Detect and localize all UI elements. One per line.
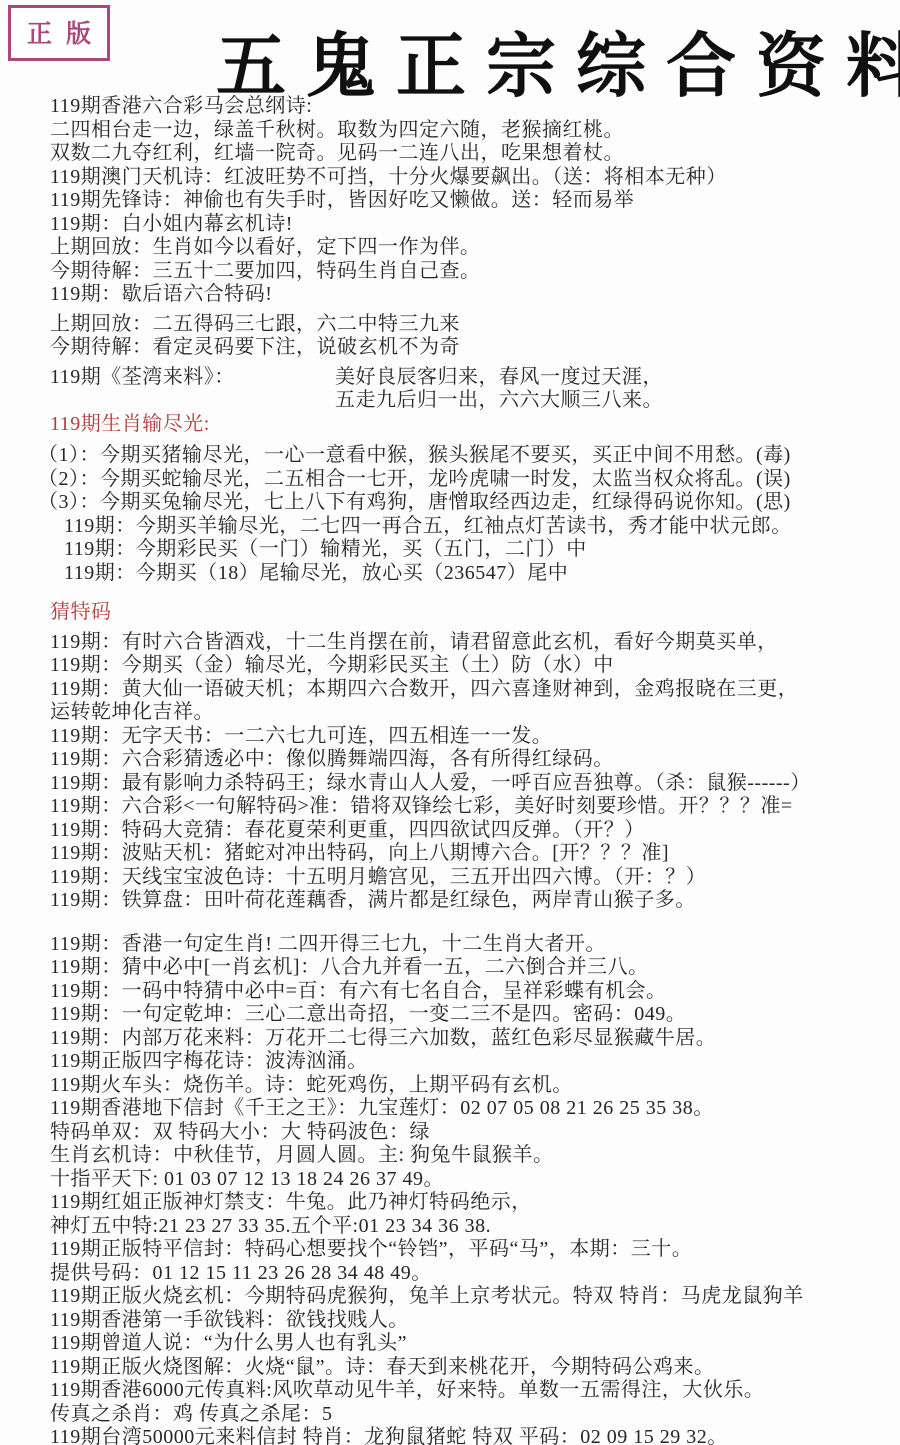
text-line: 119期红姐正版神灯禁支：牛兔。此乃神灯特码绝示， — [0, 1191, 900, 1215]
text-line: 119期先锋诗：神偷也有失手时，皆因好吃又懒做。送：轻而易举 — [0, 189, 900, 213]
text-line: 119期正版四字梅花诗：波涛汹涌。 — [0, 1050, 900, 1074]
text-line: 今期待解：看定灵码要下注，说破玄机不为奇 — [0, 336, 900, 360]
text-line: 119期正版特平信封：特码心想要找个“铃铛”，平码“马”，本期：三十。 — [0, 1238, 900, 1262]
text-line: （2）：今期买蛇输尽光，二五相合一七开，龙吟虎啸一时发，太监当权众将乱。(误) — [0, 468, 900, 492]
text-line: 传真之杀肖：鸡 传真之杀尾：5 — [0, 1403, 900, 1427]
text-line: 119期香港第一手欲钱料：欲钱找贱人。 — [0, 1309, 900, 1333]
text-line: 119期：天线宝宝波色诗：十五明月蟾宫见，三五开出四六博。（开：？） — [0, 866, 900, 890]
authentic-edition-badge: 正版 — [8, 5, 110, 61]
text-line: 119期：一码中特猜中必中=百：有六有七名自合，呈祥彩蝶有机会。 — [0, 980, 900, 1004]
text-line: 今期待解：三五十二要加四，特码生肖自己查。 — [0, 260, 900, 284]
text-line: 119期：猜中必中[一肖玄机]：八合九并看一五，二六倒合并三八。 — [0, 956, 900, 980]
text-line: 双数二九夺红利，红墙一院奇。见码一二连八出，吃果想着杖。 — [0, 142, 900, 166]
text-line: 119期：今期买（18）尾输尽光，放心买（236547）尾中 — [0, 562, 900, 586]
text-line: 提供号码：01 12 15 11 23 26 28 34 48 49。 — [0, 1262, 900, 1286]
text-line: 119期香港地下信封《千王之王》：九宝莲灯：02 07 05 08 21 26 … — [0, 1097, 900, 1121]
text-line: 119期：今期买（金）输尽光，今期彩民买主（土）防（水）中 — [0, 654, 900, 678]
section-heading: 119期生肖输尽光: — [0, 413, 900, 437]
text-line: 119期香港六合彩马会总纲诗: — [0, 95, 900, 119]
text-line: 神灯五中特:21 23 27 33 35.五个平:01 23 34 36 38. — [0, 1215, 900, 1239]
text-line: 运转乾坤化吉祥。 — [0, 701, 900, 725]
text-line: 五走九后归一出，六六大顺三八来。 — [0, 389, 900, 413]
text-line: 119期《荃湾来料》：美好良辰客归来，春风一度过天涯， — [0, 366, 900, 390]
text-line: 119期台湾50000元来料信封 特肖：龙狗鼠猪蛇 特双 平码：02 09 15… — [0, 1426, 900, 1445]
text-line: 119期澳门天机诗：红波旺势不可挡，十分火爆要飙出。（送：将相本无种） — [0, 166, 900, 190]
text-line: 十指平天下: 01 03 07 12 13 18 24 26 37 49。 — [0, 1168, 900, 1192]
section-heading: 猜特码 — [0, 601, 900, 625]
text-line: 上期回放：生肖如今以看好，定下四一作为伴。 — [0, 236, 900, 260]
text-line: 119期：香港一句定生肖! 二四开得三七九，十二生肖大者开。 — [0, 933, 900, 957]
text-line: 119期：有时六合皆酒戏，十二生肖摆在前，请君留意此玄机，看好今期莫买单， — [0, 631, 900, 655]
text-line: 119期正版火烧玄机：今期特码虎猴狗，兔羊上京考状元。特双 特肖：马虎龙鼠狗羊 — [0, 1285, 900, 1309]
text-line: 119期：特码大竞猜：春花夏荣利更重，四四欲试四反弹。（开？） — [0, 819, 900, 843]
text-line: 119期：一句定乾坤：三心二意出奇招，一变二三不是四。密码：049。 — [0, 1003, 900, 1027]
text-line: 119期正版火烧图解：火烧“鼠”。诗：春天到来桃花开，今期特码公鸡来。 — [0, 1356, 900, 1380]
text-line: （1）：今期买猪输尽光，一心一意看中猴，猴头猴尾不要买，买正中间不用愁。(毒) — [0, 444, 900, 468]
text-line: 119期：白小姐内幕玄机诗! — [0, 213, 900, 237]
text-line: 二四相台走一边，绿盖千秋树。取数为四定六随，老猴摘红桃。 — [0, 119, 900, 143]
text-line: 119期：最有影响力杀特码王；绿水青山人人爱，一呼百应吾独尊。（杀：鼠猴----… — [0, 772, 900, 796]
text-line: 119期：铁算盘：田叶荷花莲藕香，满片都是红绿色，两岸青山猴子多。 — [0, 889, 900, 913]
text-line: 特码单双：双 特码大小：大 特码波色：绿 — [0, 1121, 900, 1145]
text-line: （3）：今期买兔输尽光，七上八下有鸡狗，唐憎取经西边走，红绿得码说你知。(思) — [0, 491, 900, 515]
text-line: 119期曾道人说：“为什么男人也有乳头” — [0, 1332, 900, 1356]
text-line: 119期：歇后语六合特码! — [0, 283, 900, 307]
text-line: 119期：六合彩猜透必中：像似腾舞端四海，各有所得红绿码。 — [0, 748, 900, 772]
text-line: 119期：波贴天机：猪蛇对冲出特码，向上八期博六合。[开？？？准] — [0, 842, 900, 866]
text-line: 119期：黄大仙一语破天机；本期四六合数开，四六喜逢财神到，金鸡报晓在三更， — [0, 678, 900, 702]
text-line: 生肖玄机诗：中秋佳节，月圆人圆。主: 狗兔牛鼠猴羊。 — [0, 1144, 900, 1168]
text-line: 上期回放：二五得码三七跟，六二中特三九来 — [0, 313, 900, 337]
text-line: 119期香港6000元传真料:风吹草动见牛羊，好来特。单数一五需得注，大伙乐。 — [0, 1379, 900, 1403]
text-line: 119期火车头：烧伤羊。诗：蛇死鸡伤，上期平码有玄机。 — [0, 1074, 900, 1098]
text-line: 119期：今期彩民买（一门）输精光，买（五门，二门）中 — [0, 538, 900, 562]
text-line: 119期：今期买羊输尽光，二七四一再合五，红袖点灯苦读书，秀才能中状元郎。 — [0, 515, 900, 539]
document-body: 119期香港六合彩马会总纲诗:二四相台走一边，绿盖千秋树。取数为四定六随，老猴摘… — [0, 95, 900, 1445]
text-line: 119期：内部万花来料：万花开二七得三六加数，蓝红色彩尽显猴藏牛居。 — [0, 1027, 900, 1051]
text-line: 119期：六合彩<一句解特码>准：错将双锋绘七彩，美好时刻要珍惜。开？？？准= — [0, 795, 900, 819]
text-line: 119期：无字天书：一二六七九可连，四五相连一一发。 — [0, 725, 900, 749]
poem-column: 美好良辰客归来，春风一度过天涯， — [335, 366, 663, 390]
